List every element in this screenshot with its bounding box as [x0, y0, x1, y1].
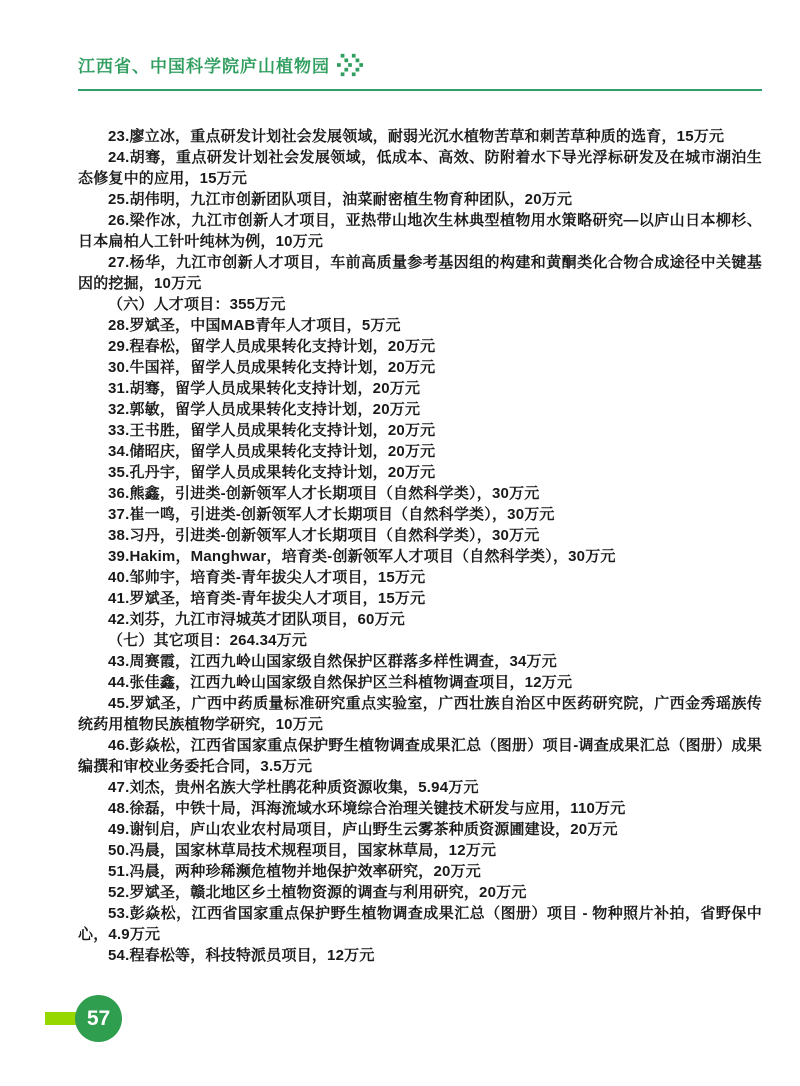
section-heading: （七）其它项目：264.34万元 — [78, 630, 762, 651]
page-number-badge: 57 — [75, 995, 122, 1042]
list-item: 34.储昭庆，留学人员成果转化支持计划，20万元 — [78, 441, 762, 462]
list-item: 27.杨华，九江市创新人才项目，车前高质量参考基因组的构建和黄酮类化合物合成途径… — [78, 252, 762, 294]
list-item: 30.牛国祥，留学人员成果转化支持计划，20万元 — [78, 357, 762, 378]
document-page: 江西省、中国科学院庐山植物园 23.廖立冰，重点研发计 — [0, 0, 800, 1086]
page-header: 江西省、中国科学院庐山植物园 — [78, 52, 762, 77]
list-item: 28.罗斌圣，中国MAB青年人才项目，5万元 — [78, 315, 762, 336]
list-item: 45.罗斌圣，广西中药质量标准研究重点实验室，广西壮族自治区中医药研究院，广西金… — [78, 693, 762, 735]
list-item: 37.崔一鸣，引进类-创新领军人才长期项目（自然科学类），30万元 — [78, 504, 762, 525]
list-item: 23.廖立冰，重点研发计划社会发展领域，耐弱光沉水植物苦草和刺苦草种质的选育，1… — [78, 126, 762, 147]
list-item: 35.孔丹宇，留学人员成果转化支持计划，20万元 — [78, 462, 762, 483]
list-item: 49.谢钊启，庐山农业农村局项目，庐山野生云雾茶种质资源圃建设，20万元 — [78, 819, 762, 840]
list-item: 29.程春松，留学人员成果转化支持计划，20万元 — [78, 336, 762, 357]
list-item: 31.胡骞，留学人员成果转化支持计划，20万元 — [78, 378, 762, 399]
list-item: 44.张佳鑫，江西九岭山国家级自然保护区兰科植物调查项目，12万元 — [78, 672, 762, 693]
list-item: 50.冯晨，国家林草局技术规程项目，国家林草局，12万元 — [78, 840, 762, 861]
list-item: 36.熊鑫，引进类-创新领军人才长期项目（自然科学类），30万元 — [78, 483, 762, 504]
page-header-title: 江西省、中国科学院庐山植物园 — [78, 52, 330, 77]
list-item: 25.胡伟明，九江市创新团队项目，油菜耐密植生物育种团队，20万元 — [78, 189, 762, 210]
list-item: 53.彭焱松，江西省国家重点保护野生植物调查成果汇总（图册）项目 - 物种照片补… — [78, 903, 762, 945]
header-divider-rule — [78, 89, 762, 91]
list-item: 47.刘杰，贵州名族大学杜鹃花种质资源收集，5.94万元 — [78, 777, 762, 798]
list-item: 41.罗斌圣，培育类-青年拔尖人才项目，15万元 — [78, 588, 762, 609]
content: 23.廖立冰，重点研发计划社会发展领域，耐弱光沉水植物苦草和刺苦草种质的选育，1… — [78, 126, 762, 966]
list-item: 26.梁作冰，九江市创新人才项目，亚热带山地次生林典型植物用水策略研究—以庐山日… — [78, 210, 762, 252]
list-item: 43.周赛霞，江西九岭山国家级自然保护区群落多样性调查，34万元 — [78, 651, 762, 672]
list-item: 33.王书胜，留学人员成果转化支持计划，20万元 — [78, 420, 762, 441]
list-item: 51.冯晨，两种珍稀濒危植物并地保护效率研究，20万元 — [78, 861, 762, 882]
list-item: 42.刘芬，九江市浔城英才团队项目，60万元 — [78, 609, 762, 630]
list-item: 52.罗斌圣，赣北地区乡土植物资源的调查与利用研究，20万元 — [78, 882, 762, 903]
list-item: 48.徐磊，中铁十局，洱海流域水环境综合治理关键技术研发与应用，110万元 — [78, 798, 762, 819]
page-number: 57 — [87, 1007, 110, 1031]
pixel-double-chevron-icon — [337, 53, 363, 77]
list-item: 39.Hakim，Manghwar，培育类-创新领军人才项目（自然科学类），30… — [78, 546, 762, 567]
list-item: 38.习丹，引进类-创新领军人才长期项目（自然科学类），30万元 — [78, 525, 762, 546]
list-item: 54.程春松等，科技特派员项目，12万元 — [78, 945, 762, 966]
list-item: 40.邹帅宇，培育类-青年拔尖人才项目，15万元 — [78, 567, 762, 588]
list-item: 32.郭敏，留学人员成果转化支持计划，20万元 — [78, 399, 762, 420]
list-item: 46.彭焱松，江西省国家重点保护野生植物调查成果汇总（图册）项目-调查成果汇总（… — [78, 735, 762, 777]
section-heading: （六）人才项目：355万元 — [78, 294, 762, 315]
list-item: 24.胡骞，重点研发计划社会发展领域，低成本、高效、防附着水下导光浮标研发及在城… — [78, 147, 762, 189]
